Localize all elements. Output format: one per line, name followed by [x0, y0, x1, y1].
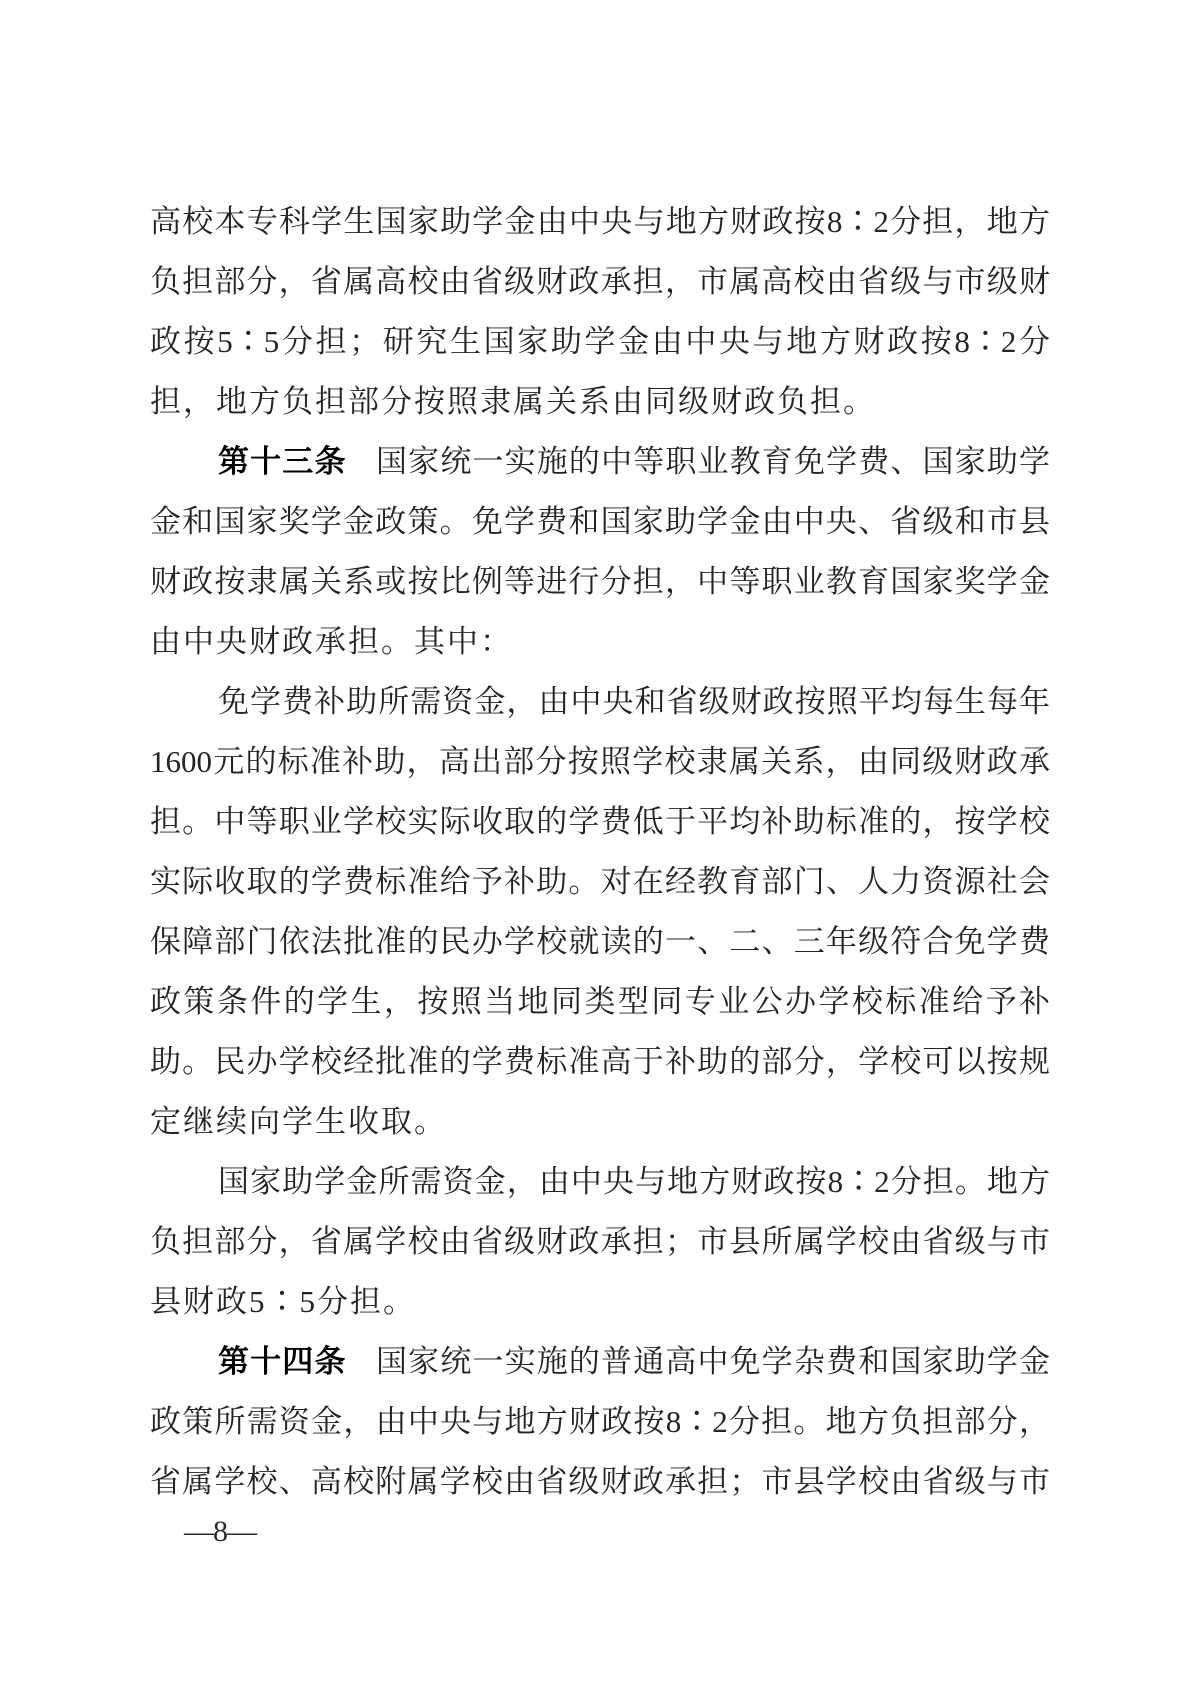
- line-text: 负担部分，省属高校由省级财政承担，市属高校由省级与市级财: [150, 264, 1050, 299]
- text-line: 高校本专科学生国家助学金由中央与地方财政按8∶2分担，地方: [150, 192, 1050, 252]
- document-page: 高校本专科学生国家助学金由中央与地方财政按8∶2分担，地方 负担部分，省属高校由…: [0, 0, 1200, 1694]
- text-line: 财政按隶属关系或按比例等进行分担，中等职业教育国家奖学金: [150, 552, 1050, 612]
- page-number: —8—: [184, 1510, 256, 1554]
- text-line: 政策条件的学生，按照当地同类型同专业公办学校标准给予补: [150, 972, 1050, 1032]
- text-line: 保障部门依法批准的民办学校就读的一、二、三年级符合免学费: [150, 912, 1050, 972]
- text-line: 定继续向学生收取。: [150, 1092, 1050, 1152]
- line-text: 财政按隶属关系或按比例等进行分担，中等职业教育国家奖学金: [150, 564, 1050, 599]
- text-line: 县财政5∶5分担。: [150, 1272, 1050, 1332]
- line-text: 保障部门依法批准的民办学校就读的一、二、三年级符合免学费: [150, 924, 1050, 959]
- text-line: 负担部分，省属学校由省级财政承担；市县所属学校由省级与市: [150, 1212, 1050, 1272]
- line-text: 担。中等职业学校实际收取的学费低于平均补助标准的，按学校: [150, 804, 1050, 839]
- text-line: 担，地方负担部分按照隶属关系由同级财政负担。: [150, 372, 1050, 432]
- text-line: 政策所需资金，由中央与地方财政按8∶2分担。地方负担部分，: [150, 1392, 1050, 1452]
- text-line: 国家助学金所需资金，由中央与地方财政按8∶2分担。地方: [150, 1152, 1050, 1212]
- line-text: 政策所需资金，由中央与地方财政按8∶2分担。地方负担部分，: [150, 1404, 1050, 1439]
- text-line: 第十四条国家统一实施的普通高中免学杂费和国家助学金: [150, 1332, 1050, 1392]
- text-line: 1600元的标准补助，高出部分按照学校隶属关系，由同级财政承: [150, 732, 1050, 792]
- line-text: 免学费补助所需资金，由中央和省级财政按照平均每生每年: [218, 684, 1050, 719]
- document-body: 高校本专科学生国家助学金由中央与地方财政按8∶2分担，地方 负担部分，省属高校由…: [150, 192, 1050, 1512]
- text-line: 省属学校、高校附属学校由省级财政承担；市县学校由省级与市: [150, 1452, 1050, 1512]
- line-text: 金和国家奖学金政策。免学费和国家助学金由中央、省级和市县: [150, 504, 1050, 539]
- text-line: 由中央财政承担。其中：: [150, 612, 1050, 672]
- text-line: 实际收取的学费标准给予补助。对在经教育部门、人力资源社会: [150, 852, 1050, 912]
- text-line: 政按5∶5分担；研究生国家助学金由中央与地方财政按8∶2分: [150, 312, 1050, 372]
- line-text: 县财政5∶5分担。: [150, 1284, 416, 1319]
- text-line: 助。民办学校经批准的学费标准高于补助的部分，学校可以按规: [150, 1032, 1050, 1092]
- line-text: 担，地方负担部分按照隶属关系由同级财政负担。: [150, 384, 876, 419]
- line-text: 实际收取的学费标准给予补助。对在经教育部门、人力资源社会: [150, 864, 1050, 899]
- line-text: 1600元的标准补助，高出部分按照学校隶属关系，由同级财政承: [150, 744, 1050, 779]
- line-text: 省属学校、高校附属学校由省级财政承担；市县学校由省级与市: [150, 1464, 1050, 1499]
- line-text: 负担部分，省属学校由省级财政承担；市县所属学校由省级与市: [150, 1224, 1050, 1259]
- article-14-heading: 第十四条: [218, 1344, 347, 1379]
- line-text: 高校本专科学生国家助学金由中央与地方财政按8∶2分担，地方: [150, 204, 1050, 239]
- article-13-heading: 第十三条: [218, 444, 347, 479]
- line-text: 定继续向学生收取。: [150, 1104, 447, 1139]
- line-text: 由中央财政承担。其中：: [150, 624, 513, 659]
- line-text: 国家助学金所需资金，由中央与地方财政按8∶2分担。地方: [218, 1164, 1050, 1199]
- text-line: 金和国家奖学金政策。免学费和国家助学金由中央、省级和市县: [150, 492, 1050, 552]
- text-line: 负担部分，省属高校由省级财政承担，市属高校由省级与市级财: [150, 252, 1050, 312]
- text-line: 免学费补助所需资金，由中央和省级财政按照平均每生每年: [150, 672, 1050, 732]
- line-text: 国家统一实施的中等职业教育免学费、国家助学: [376, 444, 1050, 479]
- line-text: 国家统一实施的普通高中免学杂费和国家助学金: [376, 1344, 1050, 1379]
- line-text: 政按5∶5分担；研究生国家助学金由中央与地方财政按8∶2分: [150, 324, 1050, 359]
- text-line: 第十三条国家统一实施的中等职业教育免学费、国家助学: [150, 432, 1050, 492]
- line-text: 助。民办学校经批准的学费标准高于补助的部分，学校可以按规: [150, 1044, 1050, 1079]
- text-line: 担。中等职业学校实际收取的学费低于平均补助标准的，按学校: [150, 792, 1050, 852]
- line-text: 政策条件的学生，按照当地同类型同专业公办学校标准给予补: [150, 984, 1050, 1019]
